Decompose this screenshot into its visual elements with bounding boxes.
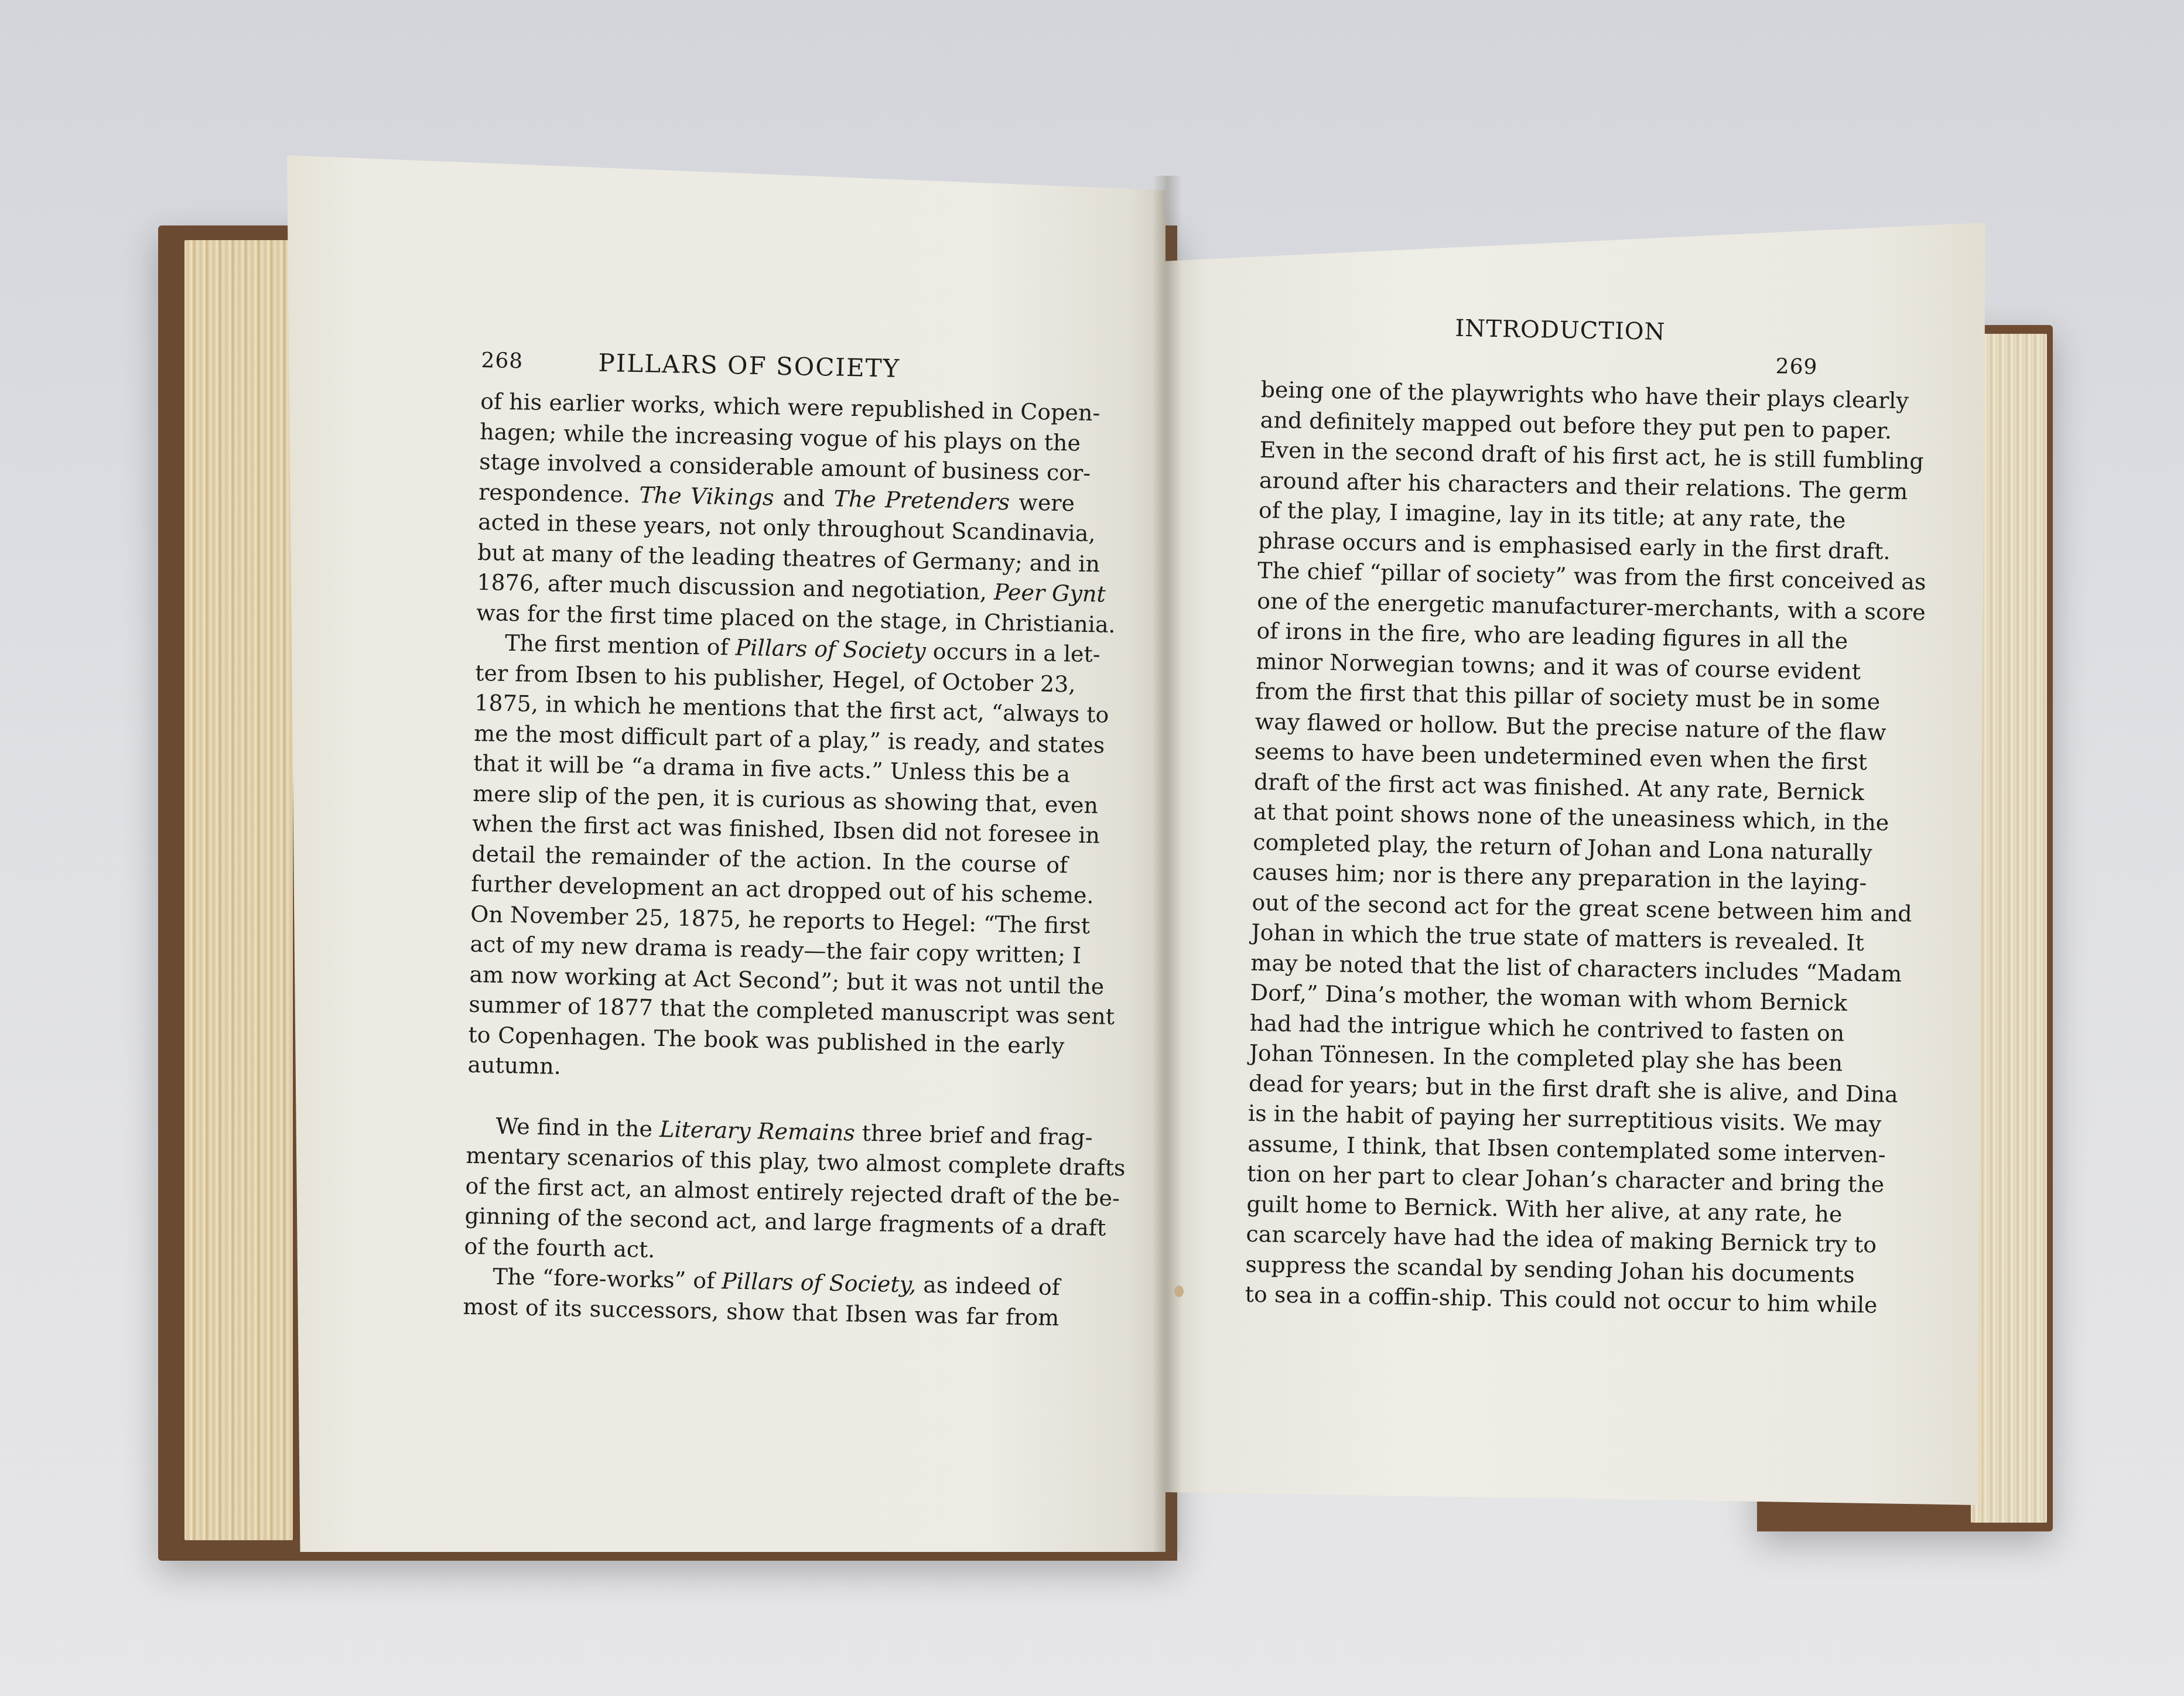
page-number: 269 [1775, 351, 1818, 382]
foxing-spot [1174, 1285, 1184, 1297]
running-head-title: INTRODUCTION [1455, 314, 1666, 348]
page-number: 268 [481, 346, 524, 377]
deckled-page-edges-left [184, 240, 293, 1540]
left-page-text: 268 PILLARS OF SOCIETY of his earlier wo… [463, 346, 1078, 1333]
right-page-text: INTRODUCTION 269 being one of the playwr… [1245, 310, 1819, 1319]
right-running-head: INTRODUCTION 269 [1261, 310, 1819, 385]
book-gutter [1153, 176, 1182, 1552]
running-head-title: PILLARS OF SOCIETY [598, 348, 901, 384]
